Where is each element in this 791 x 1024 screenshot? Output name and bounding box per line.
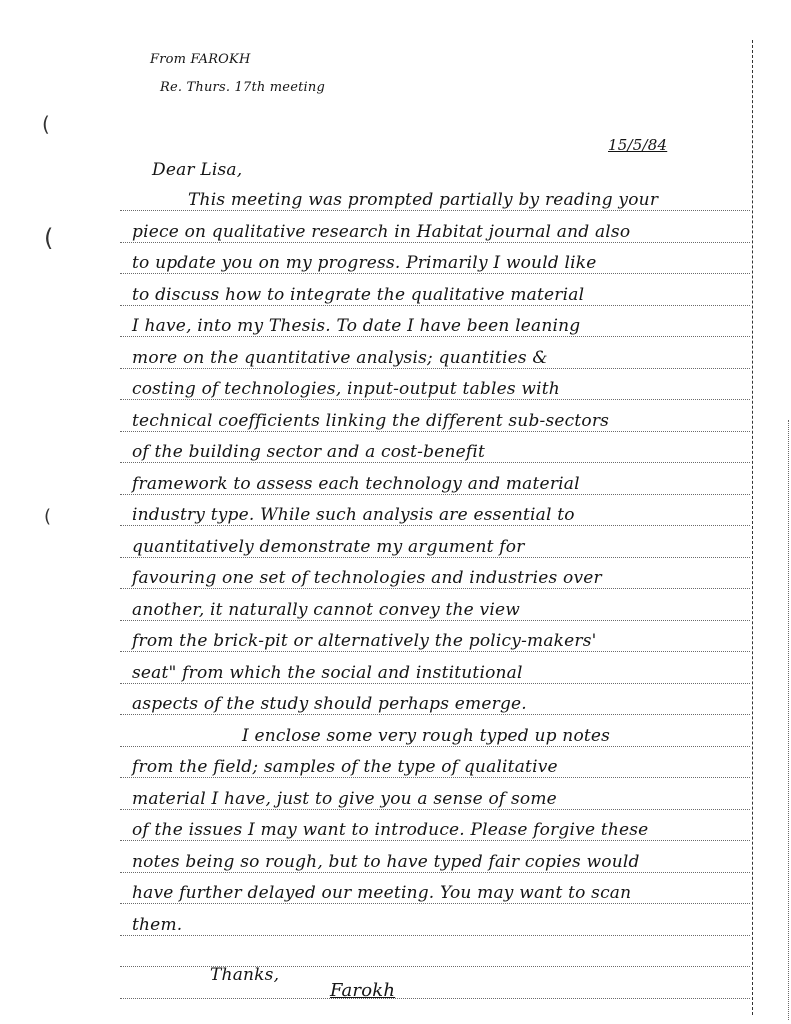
scanned-letter-page: ( ( ( From FAROKH Re. Thurs. 17th meetin… xyxy=(0,0,791,1024)
ruled-line xyxy=(120,651,750,652)
letter-body-line: piece on qualitative research in Habitat… xyxy=(132,222,630,242)
letter-body-line: quantitatively demonstrate my argument f… xyxy=(132,537,525,557)
letter-body-line: I have, into my Thesis. To date I have b… xyxy=(132,316,580,336)
ruled-line xyxy=(120,809,750,810)
margin-mark: ( xyxy=(44,506,51,527)
letter-body-line: material I have, just to give you a sens… xyxy=(132,789,557,809)
ruled-line xyxy=(120,494,750,495)
right-margin-line xyxy=(752,40,753,1015)
letter-body-line: framework to assess each technology and … xyxy=(132,474,580,494)
ruled-line xyxy=(120,399,750,400)
signature: Farokh xyxy=(330,980,395,1001)
ruled-line xyxy=(120,368,750,369)
ruled-line xyxy=(120,242,750,243)
ruled-line xyxy=(120,525,750,526)
ruled-line xyxy=(120,998,750,999)
letter-body-line: seat" from which the social and institut… xyxy=(132,663,523,683)
letter-body-line: another, it naturally cannot convey the … xyxy=(132,600,520,620)
letter-body-line: to update you on my progress. Primarily … xyxy=(132,253,597,273)
ruled-line xyxy=(120,777,750,778)
ruled-line xyxy=(120,588,750,589)
ruled-line xyxy=(120,714,750,715)
letter-body-line: of the issues I may want to introduce. P… xyxy=(132,820,648,840)
ruled-line xyxy=(120,683,750,684)
letter-body-line: to discuss how to integrate the qualitat… xyxy=(132,285,584,305)
letter-body-line: notes being so rough, but to have typed … xyxy=(132,852,640,872)
letter-body-line: have further delayed our meeting. You ma… xyxy=(132,883,631,903)
ruled-line xyxy=(120,557,750,558)
letter-body-line: I enclose some very rough typed up notes xyxy=(242,726,610,746)
ruled-line xyxy=(120,210,750,211)
ruled-line xyxy=(120,462,750,463)
ruled-line xyxy=(120,840,750,841)
letter-date: 15/5/84 xyxy=(608,136,667,154)
ruled-line xyxy=(120,305,750,306)
letter-body-line: more on the quantitative analysis; quant… xyxy=(132,348,548,368)
ruled-line xyxy=(120,336,750,337)
salutation: Dear Lisa, xyxy=(152,160,242,180)
ruled-line xyxy=(120,872,750,873)
ruled-line xyxy=(120,935,750,936)
letter-body-line: This meeting was prompted partially by r… xyxy=(188,190,658,210)
page-edge-line xyxy=(788,420,789,1020)
ruled-line xyxy=(120,903,750,904)
ruled-line xyxy=(120,431,750,432)
header-from: From FAROKH xyxy=(150,52,251,67)
ruled-line xyxy=(120,273,750,274)
margin-mark: ( xyxy=(42,112,50,136)
letter-body-line: them. xyxy=(132,915,182,935)
margin-mark: ( xyxy=(44,224,53,252)
letter-body-line: from the field; samples of the type of q… xyxy=(132,757,558,777)
closing: Thanks, xyxy=(210,965,279,985)
ruled-line xyxy=(120,746,750,747)
letter-body-line: aspects of the study should perhaps emer… xyxy=(132,694,527,714)
letter-body-line: favouring one set of technologies and in… xyxy=(132,568,602,588)
letter-body-line: of the building sector and a cost-benefi… xyxy=(132,442,485,462)
letter-body-line: technical coefficients linking the diffe… xyxy=(132,411,609,431)
letter-body-line: industry type. While such analysis are e… xyxy=(132,505,575,525)
header-re: Re. Thurs. 17th meeting xyxy=(160,80,325,95)
letter-body-line: from the brick-pit or alternatively the … xyxy=(132,631,597,651)
letter-body-line: costing of technologies, input-output ta… xyxy=(132,379,560,399)
ruled-line xyxy=(120,620,750,621)
